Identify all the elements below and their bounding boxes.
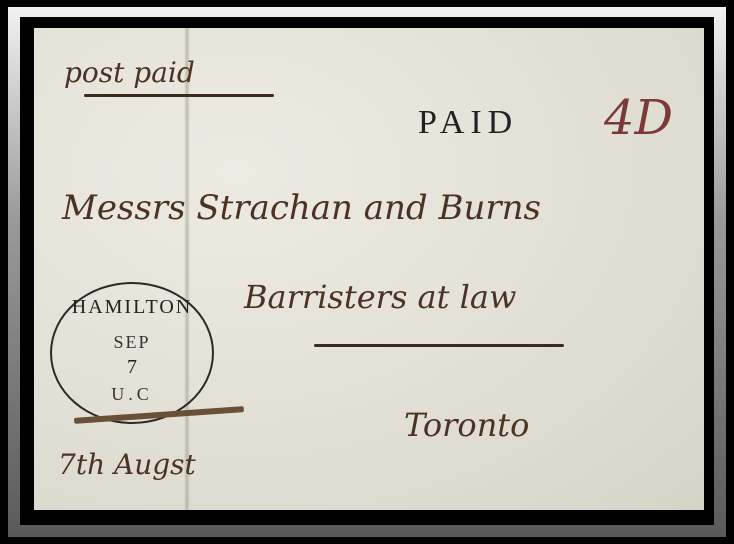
address-underline (314, 344, 564, 347)
docket-date: 7th Augst (58, 448, 196, 481)
postmark-day: 7 (52, 356, 212, 379)
rate-marking: 4D (604, 90, 673, 146)
postmark-month: SEP (52, 332, 212, 353)
letter-cover: post paid PAID 4D Messrs Strachan and Bu… (34, 28, 704, 510)
paid-handstamp: PAID (418, 104, 518, 142)
hamilton-postmark: HAMILTON SEP 7 U.C (50, 282, 214, 424)
postmark-region: U.C (52, 384, 212, 405)
postmark-town: HAMILTON (52, 296, 212, 319)
address-line-2: Barristers at law (244, 278, 516, 316)
address-line-1: Messrs Strachan and Burns (62, 188, 541, 228)
post-paid-underline (84, 94, 274, 97)
post-paid-marking: post paid (64, 56, 195, 89)
address-line-3: Toronto (404, 406, 529, 444)
paper-fold (184, 28, 190, 510)
